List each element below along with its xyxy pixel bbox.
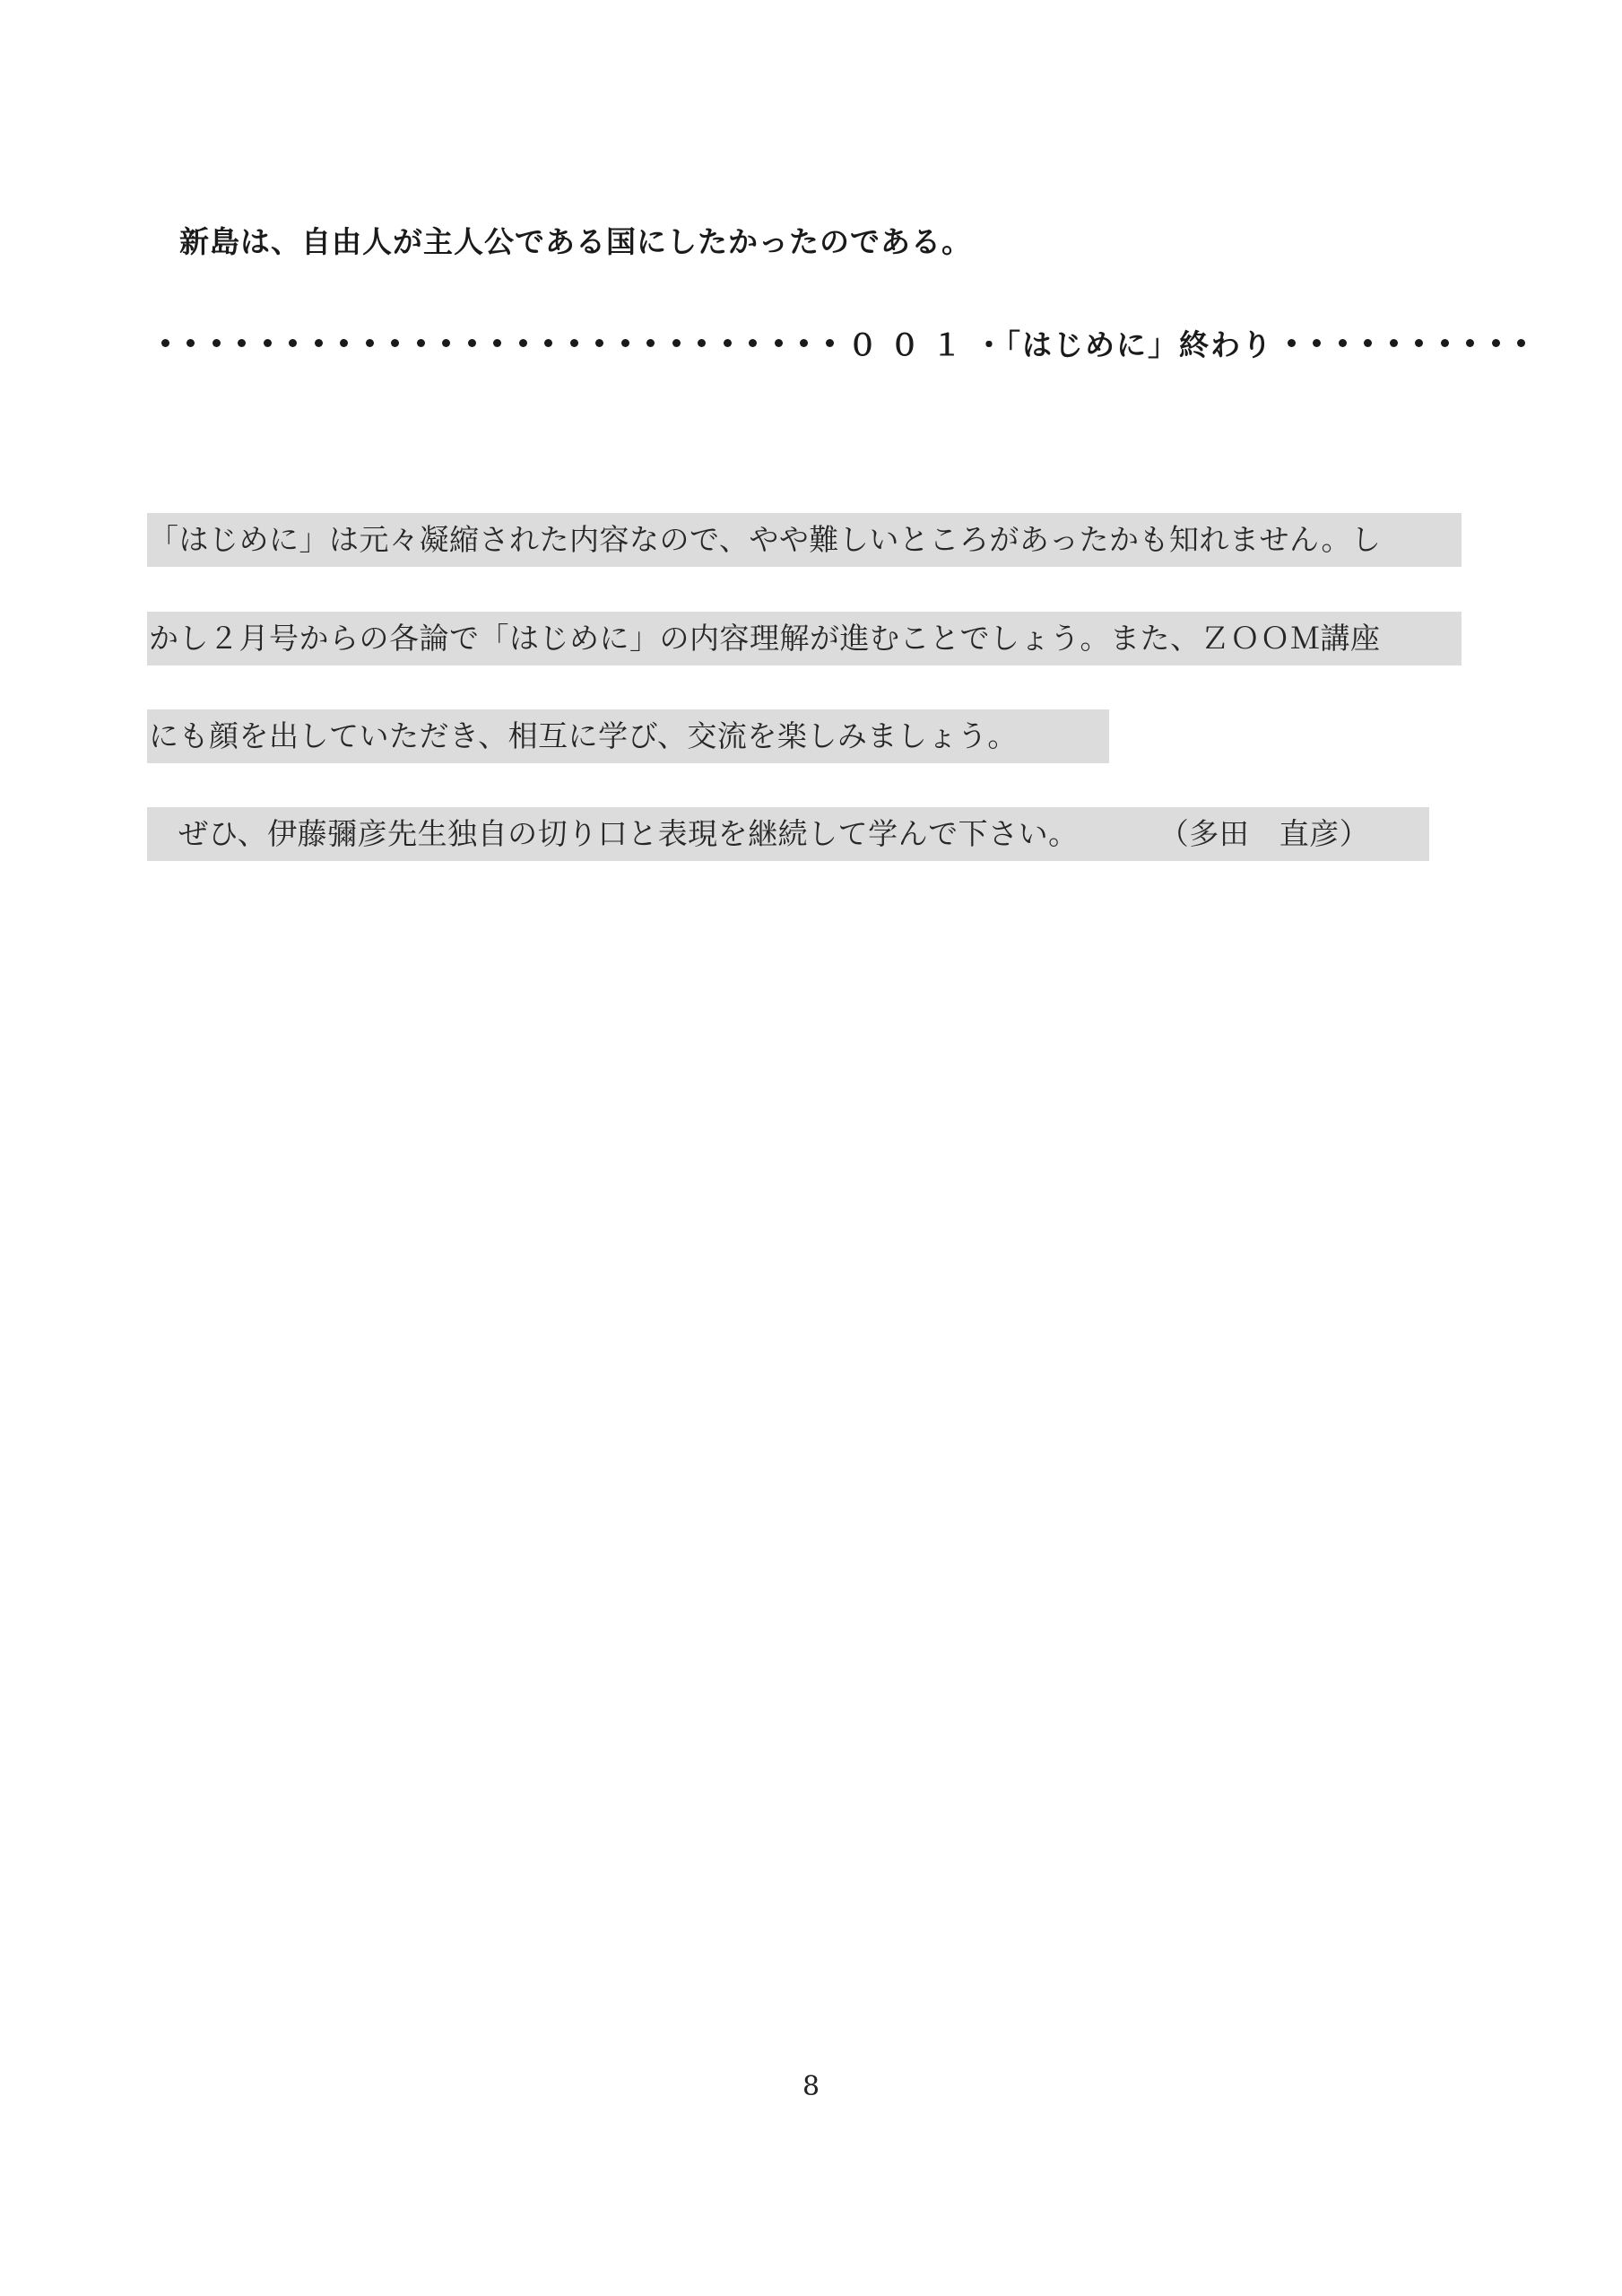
leader-dot	[698, 339, 706, 347]
leader-dot	[1492, 339, 1500, 347]
editor-note-line-2: かし２月号からの各論で「はじめに」の内容理解が進むことでしょう。また、ＺＯＯＭ講…	[147, 612, 1462, 665]
leader-dot	[161, 339, 169, 347]
section-end-divider: ００１・「はじめに」終わり	[152, 319, 1488, 366]
trailing-dots	[1279, 339, 1534, 347]
leader-dot	[646, 339, 655, 347]
leader-dot	[366, 339, 374, 347]
section-end-text: 「はじめに」終わり	[1006, 327, 1274, 362]
leader-dot	[238, 339, 246, 347]
leader-dot	[493, 339, 501, 347]
page-number: 8	[0, 2071, 1622, 2102]
editor-note-closing: ぜひ、伊藤彌彦先生独自の切り口と表現を継続して学んで下さい。（多田 直彦）	[147, 807, 1429, 861]
editor-note-closing-text: ぜひ、伊藤彌彦先生独自の切り口と表現を継続して学んで下さい。	[178, 816, 1079, 851]
leader-dot	[340, 339, 348, 347]
section-number: ００１	[848, 327, 975, 362]
leader-dot	[519, 339, 527, 347]
document-page: 新島は、自由人が主人公である国にしたかったのである。 ００１・「はじめに」終わり…	[0, 0, 1622, 2296]
leader-dot	[417, 339, 425, 347]
leader-dot	[468, 339, 476, 347]
leader-dot	[289, 339, 297, 347]
leader-dot	[595, 339, 603, 347]
leading-dots	[152, 339, 843, 347]
leader-dot	[1288, 339, 1296, 347]
section-separator: ・	[975, 327, 1006, 362]
leader-dot	[544, 339, 552, 347]
editor-note-author: （多田 直彦）	[1159, 807, 1370, 861]
leader-dot	[826, 339, 834, 347]
leader-dot	[391, 339, 399, 347]
leader-dot	[1441, 339, 1449, 347]
leader-dot	[1415, 339, 1423, 347]
closing-sentence: 新島は、自由人が主人公である国にしたかったのである。	[179, 221, 972, 264]
leader-dot	[570, 339, 578, 347]
leader-dot	[315, 339, 323, 347]
leader-dot	[775, 339, 783, 347]
leader-dot	[621, 339, 629, 347]
leader-dot	[186, 339, 195, 347]
leader-dot	[264, 339, 272, 347]
leader-dot	[442, 339, 450, 347]
leader-dot	[800, 339, 808, 347]
leader-dot	[213, 339, 221, 347]
leader-dot	[672, 339, 681, 347]
leader-dot	[749, 339, 757, 347]
leader-dot	[724, 339, 732, 347]
leader-dot	[1339, 339, 1347, 347]
leader-dot	[1390, 339, 1398, 347]
editor-note-line-3: にも顔を出していただき、相互に学び、交流を楽しみましょう。	[147, 709, 1109, 763]
section-end-label: ００１・「はじめに」終わり	[848, 322, 1274, 364]
leader-dot	[1517, 339, 1525, 347]
leader-dot	[1466, 339, 1474, 347]
leader-dot	[1313, 339, 1321, 347]
leader-dot	[1364, 339, 1372, 347]
editor-note-line-1: 「はじめに」は元々凝縮された内容なので、やや難しいところがあったかも知れません。…	[147, 513, 1462, 567]
